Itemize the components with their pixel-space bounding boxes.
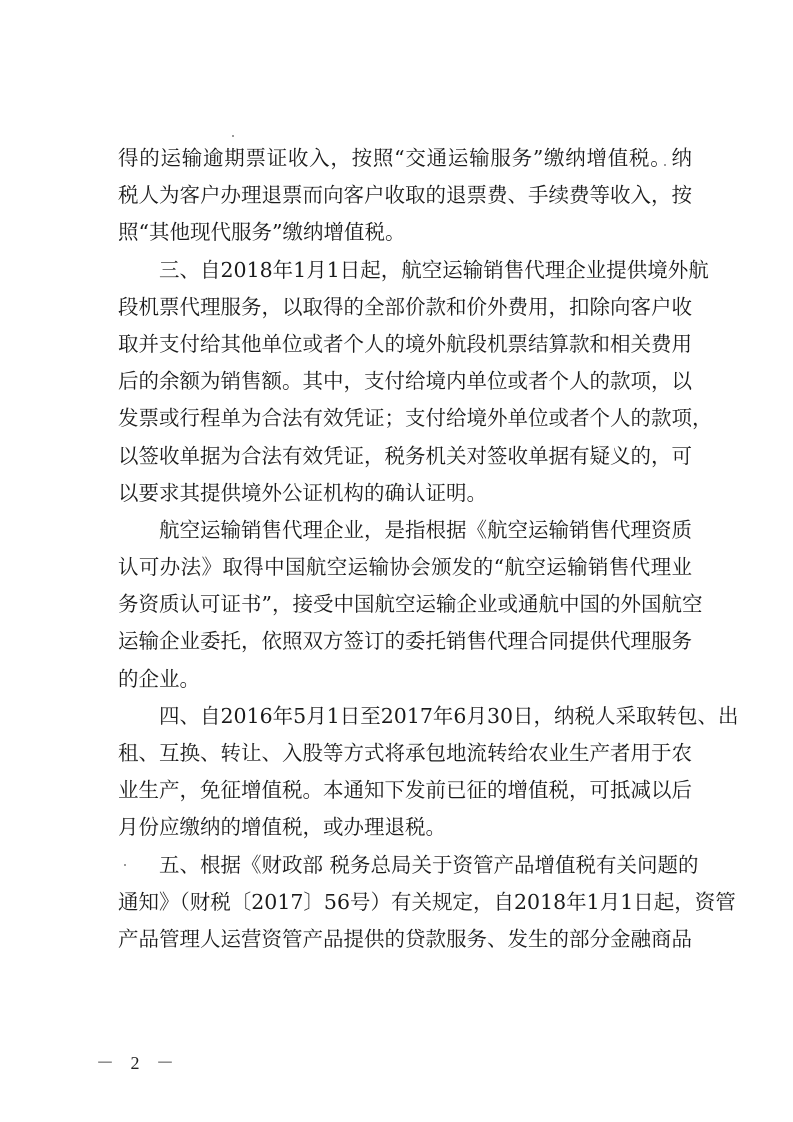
text-line: 租、互换、转让、入股等方式将承包地流转给农业生产者用于农	[118, 735, 692, 772]
text-line: 照“其他现代服务”缴纳增值税。	[118, 214, 692, 251]
text-line: 通知》（财税〔2017〕56号）有关规定，自2018年1月1日起，资管	[118, 884, 692, 921]
document-page: 得的运输逾期票证收入，按照“交通运输服务”缴纳增值税。纳 税人为客户办理退票而向…	[0, 0, 793, 1122]
text-line: 产品管理人运营资管产品提供的贷款服务、发生的部分金融商品	[118, 921, 692, 958]
definition-paragraph-line: 航空运输销售代理企业，是指根据《航空运输销售代理资质	[118, 512, 692, 549]
text-line: 取并支付给其他单位或者个人的境外航段机票结算款和相关费用	[118, 326, 692, 363]
scan-artifact	[124, 864, 126, 866]
section-three-line: 三、自2018年1月1日起，航空运输销售代理企业提供境外航	[118, 252, 692, 289]
text-line: 后的余额为销售额。其中，支付给境内单位或者个人的款项，以	[118, 363, 692, 400]
scan-artifact	[232, 135, 234, 137]
text-line: 运输企业委托，依照双方签订的委托销售代理合同提供代理服务	[118, 623, 692, 660]
section-four-line: 四、自2016年5月1日至2017年6月30日，纳税人采取转包、出	[118, 698, 692, 735]
text-line: 以要求其提供境外公证机构的确认证明。	[118, 475, 692, 512]
text-line: 段机票代理服务，以取得的全部价款和价外费用，扣除向客户收	[118, 289, 692, 326]
text-line: 业生产，免征增值税。本通知下发前已征的增值税，可抵减以后	[118, 772, 692, 809]
scan-artifact	[664, 164, 666, 166]
text-line: 税人为客户办理退票而向客户收取的退票费、手续费等收入，按	[118, 177, 692, 214]
text-line: 得的运输逾期票证收入，按照“交通运输服务”缴纳增值税。纳	[118, 140, 692, 177]
page-number: － 2 －	[96, 1049, 180, 1075]
text-line: 以签收单据为合法有效凭证，税务机关对签收单据有疑义的，可	[118, 438, 692, 475]
text-line: 认可办法》取得中国航空运输协会颁发的“航空运输销售代理业	[118, 549, 692, 586]
text-line: 的企业。	[118, 661, 692, 698]
document-body: 得的运输逾期票证收入，按照“交通运输服务”缴纳增值税。纳 税人为客户办理退票而向…	[118, 140, 692, 958]
section-five-line: 五、根据《财政部 税务总局关于资管产品增值税有关问题的	[118, 847, 692, 884]
text-line: 发票或行程单为合法有效凭证；支付给境外单位或者个人的款项，	[118, 400, 692, 437]
text-line: 月份应缴纳的增值税，或办理退税。	[118, 809, 692, 846]
text-line: 务资质认可证书”，接受中国航空运输企业或通航中国的外国航空	[118, 586, 692, 623]
